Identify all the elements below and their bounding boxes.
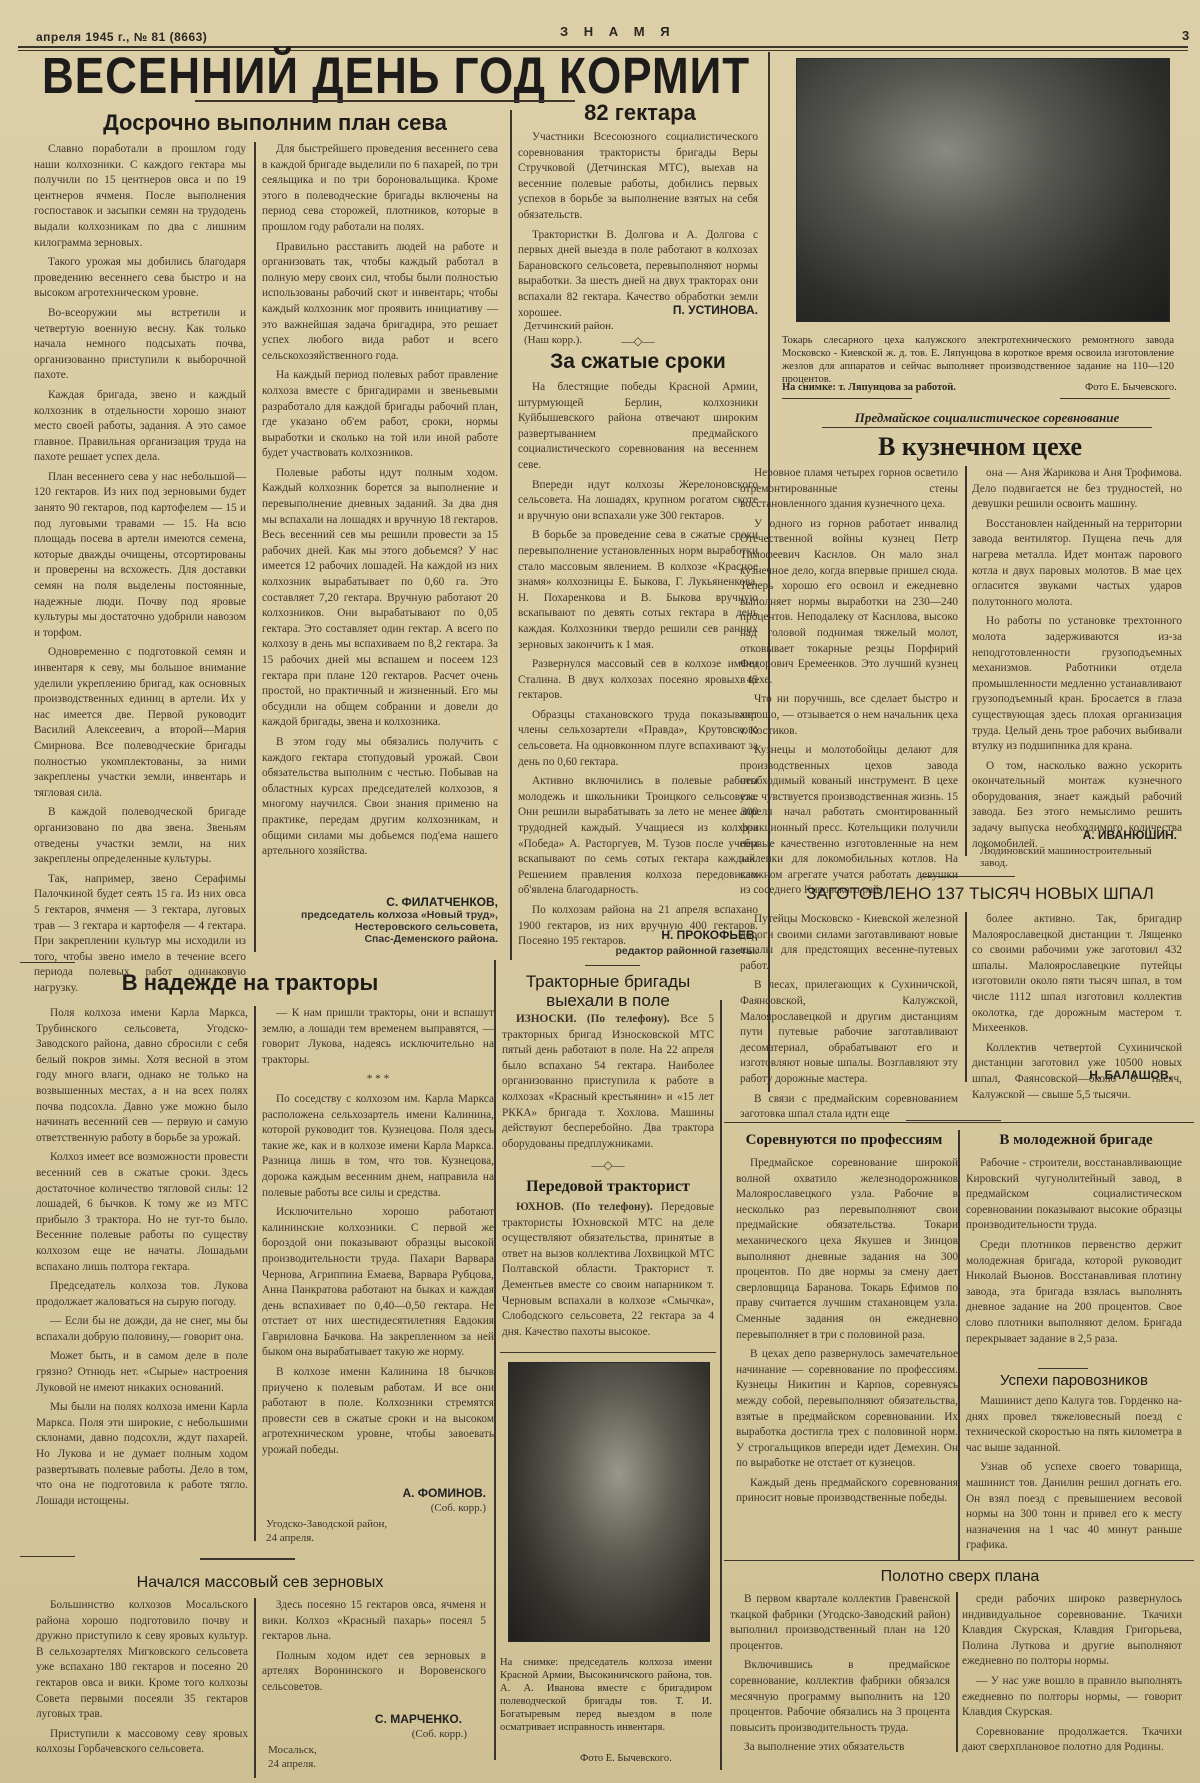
article-body: Предмайское соревнование широкой волной … [736, 1156, 958, 1511]
paragraph: На каждый период полевых работ правление… [262, 368, 498, 462]
article-body: ИЗНОСКИ. (По телефону). Все 5 тракторных… [502, 1012, 714, 1152]
paragraph: Для быстрейшего проведения весеннего сев… [262, 142, 498, 236]
signature: Н. ПРОКОФЬЕВ, [518, 928, 758, 942]
signature: С. ФИЛАТЧЕНКОВ, [262, 895, 498, 909]
article-body: ЮХНОВ. (По телефону). Передовые трактори… [502, 1200, 714, 1340]
paragraph: Может быть, и в самом деле в поле грязно… [36, 1349, 248, 1396]
article-title: Передовой тракторист [500, 1178, 716, 1196]
paragraph: Здесь посеяно 15 гектаров овса, ячменя и… [262, 1598, 486, 1645]
signature: Н. БАЛАШОВ. [972, 1068, 1172, 1082]
newspaper-page: апреля 1945 г., № 81 (8663) З Н А М Я 3 … [0, 0, 1200, 1783]
paragraph: В связи с предмайским соревнованием заго… [740, 1092, 958, 1123]
issue-date: апреля 1945 г., № 81 (8663) [36, 30, 207, 44]
article-title: Полотно сверх плана [730, 1568, 1190, 1586]
article-title: В молодежной бригаде [966, 1132, 1186, 1149]
article-title: Соревнуются по профессиям [730, 1132, 958, 1149]
diamond-ornament-icon: —◇— [500, 1158, 716, 1173]
paragraph: По колхозам района на 21 апреля вспахано… [518, 903, 758, 950]
paragraph: У одного из горнов работает инвалид Отеч… [740, 517, 958, 689]
dateline-place: Детчинский район. [524, 320, 614, 332]
article-title: Начался массовый сев зерновых [30, 1574, 490, 1592]
photo-caption: Токарь слесарного цеха калужского электр… [782, 334, 1174, 386]
dateline: ИЗНОСКИ. (По телефону). [516, 1013, 670, 1025]
column-rule [958, 1130, 960, 1560]
photo-caption-note: На снимке: т. Ляпунцова за работой. [782, 381, 956, 394]
paragraph: В первом квартале коллектив Гравенской т… [730, 1592, 950, 1654]
divider [782, 398, 912, 399]
article-column: Для быстрейшего проведения весеннего сев… [262, 142, 498, 864]
signature-title: Нестеровского сельсовета, [262, 921, 498, 933]
paragraph: Развернулся массовый сев в колхозе имени… [518, 657, 758, 704]
paragraph: Большинство колхозов Мосальского района … [36, 1598, 248, 1723]
paragraph: В борьбе за проведение сева в сжатые сро… [518, 528, 758, 653]
paragraph: Полевые работы идут полным ходом. Каждый… [262, 466, 498, 731]
article-body: Машинист депо Калуга тов. Горденко на-дн… [966, 1394, 1182, 1558]
paragraph: Включившись в предмайское соревнование, … [730, 1658, 950, 1736]
paragraph: более активно. Так, бригадир Малоярослав… [972, 912, 1182, 1037]
main-headline: ВЕСЕННИЙ ДЕНЬ ГОД КОРМИТ [42, 48, 750, 106]
article-column: среди рабочих широко развернулось индиви… [962, 1592, 1182, 1760]
article-text: Все 5 тракторных бригад Износковской МТС… [502, 1013, 714, 1150]
column-rule [720, 1000, 722, 1770]
paragraph: Правильно расставить людей на работе и о… [262, 240, 498, 365]
column-rule [965, 466, 967, 856]
article-body: Рабочие - строители, восстанавливающие К… [966, 1156, 1182, 1351]
divider [195, 100, 575, 102]
article-title: В надежде на тракторы [20, 970, 480, 996]
paragraph: Исключительно хорошо работают калинински… [262, 1205, 494, 1361]
signature-title: председатель колхоза «Новый труд», [262, 909, 498, 921]
column-rule [254, 1598, 256, 1778]
column-rule [494, 960, 496, 1760]
paragraph: Каждая бригада, звено и каждый колхозник… [34, 388, 246, 466]
divider [724, 1122, 1194, 1123]
article-column: Здесь посеяно 15 гектаров овса, ячменя и… [262, 1598, 486, 1700]
paragraph: Путейцы Московско - Киевской железной до… [740, 912, 958, 974]
column-rule [510, 110, 512, 960]
signature: А. ИВАНЮШИН. [972, 828, 1177, 842]
rubric-underline [822, 427, 1152, 428]
paragraph: Участники Всесоюзного социалистического … [518, 130, 758, 224]
dateline-place: Мосальск, [268, 1744, 317, 1756]
paragraph: В колхозе имени Калинина 18 бычков приуч… [262, 1365, 494, 1459]
article-title: 82 гектара [520, 100, 760, 126]
article-body: На блестящие победы Красной Армии, штурм… [518, 380, 758, 954]
paragraph: Что ни поручишь, все сделает быстро и хо… [740, 692, 958, 739]
page-number: 3 [1182, 28, 1189, 43]
paragraph: Узнав об успехе своего товарища, машинис… [966, 1460, 1182, 1554]
paragraph: В каждой полеводческой бригаде организов… [34, 805, 246, 867]
paragraph: она — Аня Жарикова и Аня Трофимова. Дело… [972, 466, 1182, 513]
column-rule [254, 142, 256, 952]
signature-title: (Соб. корр.) [262, 1502, 486, 1514]
article-body: Участники Всесоюзного социалистического … [518, 130, 758, 325]
photo-caption: На снимке: председатель колхоза имени Кр… [500, 1656, 712, 1734]
paragraph: — Если бы не дожди, да не снег, мы бы вс… [36, 1314, 248, 1345]
paragraph: Одновременно с подготовкой семян и инвен… [34, 645, 246, 801]
paragraph: Машинист депо Калуга тов. Горденко на-дн… [966, 1394, 1182, 1456]
article-title: ЗАГОТОВЛЕНО 137 ТЫСЯЧ НОВЫХ ШПАЛ [780, 884, 1180, 904]
divider [906, 1120, 1001, 1121]
paragraph: Соревнование продолжается. Ткачихи дают … [962, 1725, 1182, 1756]
paragraph: Активно включились в полевые работы моло… [518, 774, 758, 899]
divider [20, 962, 75, 963]
paragraph: В цехах депо развернулось замечательное … [736, 1347, 958, 1472]
photo-collective-farm-chair [508, 1362, 710, 1642]
article-title: Тракторные бригады выехали в поле [500, 972, 716, 1010]
dateline-date: 24 апреля. [268, 1758, 316, 1770]
signature: С. МАРЧЕНКО. [262, 1712, 462, 1726]
paragraph: Впереди идут колхозы Жерелоновского сель… [518, 478, 758, 525]
paragraph: По соседству с колхозом им. Карла Маркса… [262, 1092, 494, 1201]
article-column: она — Аня Жарикова и Аня Трофимова. Дело… [972, 466, 1182, 856]
article-column: Неровное пламя четырех горнов осветило о… [740, 466, 958, 903]
photo-lathe-operator [796, 58, 1170, 322]
column-rule [956, 1592, 958, 1752]
paragraph: Восстановлен найденный на территории зав… [972, 517, 1182, 611]
signature-title: редактор районной газеты. [518, 945, 758, 957]
diamond-ornament-icon: —◇— [518, 334, 758, 349]
rubric: Предмайское социалистическое соревновани… [822, 410, 1152, 426]
photo-credit: Фото Е. Бычевского. [1085, 381, 1177, 394]
article-title: Досрочно выполним план сева [60, 110, 490, 136]
paragraph: Но работы по установке трехтонного молот… [972, 614, 1182, 754]
paragraph: Каждый день предмайского соревнования пр… [736, 1476, 958, 1507]
paragraph: Среди плотников первенство держит молоде… [966, 1238, 1182, 1347]
dateline-date: 24 апреля. [266, 1532, 314, 1544]
paragraph: * * * [262, 1072, 494, 1088]
signature: П. УСТИНОВА. [518, 303, 758, 317]
signature: А. ФОМИНОВ. [262, 1486, 486, 1500]
divider [500, 1352, 716, 1353]
article-column: Большинство колхозов Мосальского района … [36, 1598, 248, 1762]
paragraph: Рабочие - строители, восстанавливающие К… [966, 1156, 1182, 1234]
paragraph: Славно поработали в прошлом году наши ко… [34, 142, 246, 251]
article-column: Поля колхоза имени Карла Маркса, Трубинс… [36, 1006, 248, 1513]
signature-title: (Соб. корр.) [262, 1728, 467, 1740]
dateline: ЮХНОВ. (По телефону). [516, 1201, 653, 1213]
paragraph: Образцы стахановского труда показывают ч… [518, 708, 758, 770]
paragraph: Колхоз имеет все возможности провести ве… [36, 1150, 248, 1275]
article-title: За сжатые сроки [518, 350, 758, 374]
paragraph: Неровное пламя четырех горнов осветило о… [740, 466, 958, 513]
paragraph: Приступили к массовому севу яровых колхо… [36, 1727, 248, 1758]
article-column: В первом квартале коллектив Гравенской т… [730, 1592, 950, 1760]
divider [200, 1558, 295, 1560]
newspaper-name: З Н А М Я [560, 24, 676, 39]
paragraph: — У нас уже вошло в правило выполнять еж… [962, 1674, 1182, 1721]
divider [920, 876, 1015, 877]
paragraph: В этом году мы обязались получить с кажд… [262, 735, 498, 860]
divider [1038, 1368, 1088, 1369]
paragraph: На блестящие победы Красной Армии, штурм… [518, 380, 758, 474]
paragraph: В лесах, прилегающих к Сухиничской, Фаян… [740, 978, 958, 1087]
article-title: В кузнечном цехе [780, 432, 1180, 462]
paragraph: Полным ходом идет сев зерновых в артелях… [262, 1649, 486, 1696]
paragraph: За выполнение этих обязательств [730, 1740, 950, 1756]
dateline-place: Угодско-Заводской район, [266, 1518, 387, 1530]
article-column: Путейцы Московско - Киевской железной до… [740, 912, 958, 1127]
paragraph: План весеннего сева у нас небольшой—120 … [34, 470, 246, 642]
divider [585, 965, 640, 966]
column-rule [965, 912, 967, 1082]
paragraph: среди рабочих широко развернулось индиви… [962, 1592, 1182, 1670]
photo-credit: Фото Е. Бычевского. [580, 1752, 672, 1765]
column-rule [254, 1006, 256, 1541]
article-text: Передовые трактористы Юхновской МТС на д… [502, 1201, 714, 1338]
divider [20, 1556, 75, 1557]
title-line: Тракторные бригады [526, 972, 690, 991]
article-column: Славно поработали в прошлом году наши ко… [34, 142, 246, 1000]
signature-title: Спас-Деменского района. [262, 933, 498, 945]
divider [1060, 398, 1170, 399]
paragraph: Предмайское соревнование широкой волной … [736, 1156, 958, 1343]
title-line: выехали в поле [546, 991, 670, 1010]
article-column: — К нам пришли тракторы, они и вспашут з… [262, 1006, 494, 1463]
paragraph: Поля колхоза имени Карла Маркса, Трубинс… [36, 1006, 248, 1146]
paragraph: Мы были на полях колхоза имени Карла Мар… [36, 1400, 248, 1509]
divider [724, 1560, 1194, 1561]
signature-place: Людиновский машиностроительный завод. [980, 845, 1180, 869]
article-title: Успехи паровозников [966, 1372, 1182, 1389]
paragraph: Председатель колхоза тов. Лукова продолж… [36, 1279, 248, 1310]
paragraph: Такого урожая мы добились благодаря пров… [34, 255, 246, 302]
paragraph: — К нам пришли тракторы, они и вспашут з… [262, 1006, 494, 1068]
paragraph: Во-всеоружии мы встретили и четвертую во… [34, 306, 246, 384]
